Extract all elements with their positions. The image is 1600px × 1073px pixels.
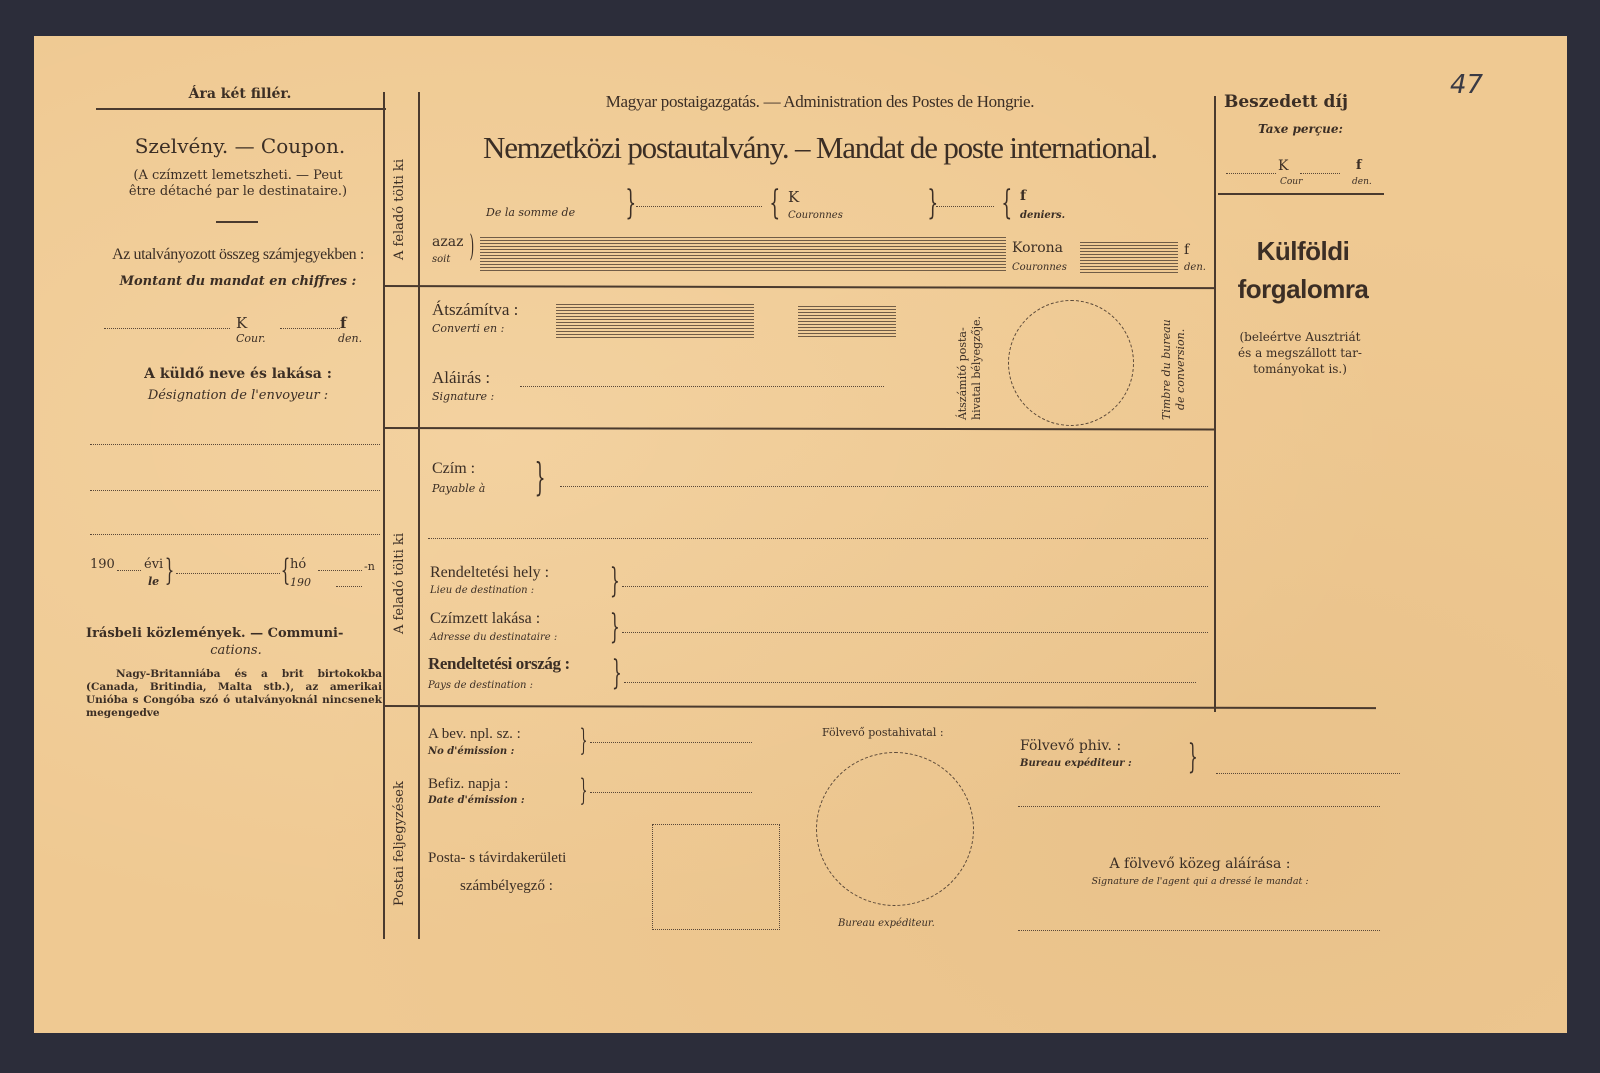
coupon-k-field[interactable] (104, 328, 230, 329)
date-brace-right: { (281, 556, 291, 586)
communications-title-text: Irásbeli közlemények. — Communi- (86, 626, 343, 641)
fee-f: f (1356, 158, 1362, 173)
converted-f-field[interactable] (798, 306, 896, 338)
office-stamp-circle[interactable] (816, 752, 974, 906)
amount-deniers: deniers. (1020, 210, 1065, 221)
address-brace: } (535, 458, 546, 496)
administration-header: Magyar postaigazgatás. — Administration … (430, 92, 1210, 112)
amount-f-field[interactable] (936, 206, 994, 207)
amount-f2: f (1184, 242, 1189, 258)
side-label-divider (418, 92, 420, 939)
foreign-label-2: forgalomra (1216, 274, 1390, 305)
azaz-brace: ) (470, 232, 475, 262)
amount-words-f-field[interactable] (1080, 242, 1178, 274)
k-close-brace: } (927, 186, 938, 220)
office-line-2[interactable] (1018, 806, 1380, 807)
country-label: Rendeltetési ország : (428, 654, 570, 674)
date-brace-left: } (165, 556, 175, 586)
district-stamp-box[interactable] (652, 824, 780, 930)
sender-line-2[interactable] (90, 490, 380, 491)
date-day-field[interactable] (318, 570, 362, 571)
date-ho: hó (290, 557, 306, 572)
pay-date-label: Befiz. napja : (428, 776, 508, 793)
date-year2-field[interactable] (336, 586, 362, 587)
office-label: Fölvevő postahivatal : (822, 726, 944, 739)
pay-date-brace: } (580, 776, 588, 806)
amount-den: den. (1184, 262, 1206, 273)
date-evi: évi (144, 557, 163, 572)
converted-label-fr: Converti en : (432, 322, 504, 335)
fee-f-sub: den. (1352, 177, 1372, 187)
coupon-top-rule (96, 108, 386, 110)
date-190: 190 (290, 576, 311, 589)
soit-label: soit (432, 254, 450, 265)
price-label: Ára két fillér. (96, 86, 384, 102)
foreign-label-1: Külföldi (1216, 236, 1390, 267)
sender-line-1[interactable] (90, 444, 380, 445)
pay-date-field[interactable] (590, 792, 752, 793)
korona-label: Korona (1012, 240, 1063, 256)
communications-title-2: cations. (86, 643, 386, 658)
fee-title: Beszedett díj (1224, 92, 1348, 112)
office-label-fr: Bureau expéditeur. (838, 918, 935, 929)
fee-k-field[interactable] (1226, 173, 1276, 174)
side-label-sender-2: A feladó tölti ki (392, 533, 407, 634)
signature-label: Aláirás : (432, 368, 490, 388)
stamp-label-fr-1: Timbre du bureau (1160, 319, 1173, 420)
issue-no-field[interactable] (590, 742, 752, 743)
payee-address-label-fr: Adresse du destinataire : (430, 632, 557, 643)
date-year-prefix: 190 (90, 557, 115, 572)
issue-no-label-fr: No d'émission : (428, 746, 514, 757)
k-brace: { (769, 186, 780, 220)
amount-k-field[interactable] (636, 206, 762, 207)
address-line-1[interactable] (560, 486, 1208, 487)
sender-heading: A küldő neve és lakása : (96, 366, 380, 382)
agent-signature-label-fr: Signature de l'agent qui a dressé le man… (1020, 876, 1380, 887)
amount-f: f (1020, 188, 1026, 204)
converted-amount-field[interactable] (556, 304, 754, 338)
destination-field[interactable] (622, 586, 1208, 587)
stamp-label-fr-2: de conversion. (1174, 329, 1187, 410)
sender-heading-fr: Désignation de l'envoyeur : (96, 388, 380, 403)
stamp-label-hu-1: Átszámító posta- (956, 327, 969, 420)
stamp-label-hu-2: hivatal bélyegzője. (970, 316, 983, 420)
communications-title: Irásbeli közlemények. — Communi- (86, 626, 386, 641)
fee-k-sub: Cour (1280, 177, 1302, 187)
office-short-label: Fölvevő phiv. : (1020, 738, 1121, 754)
date-year-field[interactable] (117, 570, 141, 571)
side-label-sender-1: A feladó tölti ki (392, 159, 407, 260)
payee-address-label: Czímzett lakása : (430, 610, 540, 628)
amount-heading: Az utalványozott összeg számjegyekben : (96, 246, 380, 264)
address-label: Czím : (432, 460, 475, 478)
couronnes-label: Couronnes (1012, 262, 1067, 273)
foreign-note-1: (beleértve Ausztriát (1216, 330, 1384, 344)
payee-address-brace: } (610, 610, 620, 644)
f-brace: { (1001, 186, 1012, 220)
foreign-note-3: tományokat is.) (1216, 362, 1384, 376)
detach-note-1: (A czímzett lemetszheti. — Peut (88, 168, 388, 183)
amount-couronnes: Couronnes (788, 210, 843, 221)
azaz-label: azaz (432, 234, 463, 250)
address-line-2[interactable] (428, 538, 1208, 539)
date-n: -n (364, 560, 375, 573)
coupon-k: K (236, 314, 247, 332)
coupon-k-sub: Cour. (236, 332, 266, 345)
signature-field[interactable] (520, 386, 884, 387)
conversion-stamp-circle[interactable] (1008, 300, 1134, 426)
issue-no-label: A bev. npl. sz. : (428, 726, 521, 743)
agent-signature-field[interactable] (1018, 930, 1380, 931)
fee-rule (1218, 193, 1384, 195)
district-stamp-label-2: számbélyegző : (460, 878, 553, 895)
restriction-note: Nagy-Britanniába és a brit birtokokba (C… (86, 668, 382, 720)
form-title: Nemzetközi postautalvány. – Mandat de po… (430, 130, 1210, 166)
coupon-divider (383, 92, 385, 939)
country-brace: } (612, 656, 622, 690)
converted-label: Átszámítva : (432, 300, 518, 320)
coupon-f-field[interactable] (280, 328, 340, 329)
date-le: le (148, 575, 159, 588)
detach-note-2: être détaché par le destinataire.) (88, 184, 388, 199)
coupon-short-rule (216, 221, 258, 223)
foreign-note-2: és a megszállott tar- (1216, 346, 1384, 360)
coupon-f-sub: den. (338, 332, 362, 345)
amount-k: K (788, 188, 799, 206)
issue-no-brace: } (580, 726, 588, 756)
side-label-postal: Postai feljegyzések (392, 781, 407, 906)
main-right-divider (1214, 96, 1216, 712)
country-field[interactable] (624, 682, 1196, 683)
destination-label: Rendeltetési hely : (430, 564, 549, 582)
somme-label: De la somme de (486, 206, 575, 219)
office-short-label-fr: Bureau expéditeur : (1020, 758, 1132, 769)
country-label-fr: Pays de destination : (428, 680, 533, 691)
fee-title-fr: Taxe perçue: (1258, 122, 1343, 136)
sender-line-3[interactable] (90, 534, 380, 535)
date-month-field[interactable] (176, 573, 280, 574)
somme-brace: } (625, 186, 636, 220)
coupon-f: f (340, 314, 346, 332)
fee-k: K (1278, 158, 1288, 174)
office-short-field[interactable] (1216, 773, 1400, 774)
payee-address-field[interactable] (622, 632, 1208, 633)
address-label-fr: Payable à (432, 482, 485, 495)
amount-words-field[interactable] (480, 237, 1006, 273)
pay-date-label-fr: Date d'émission : (428, 795, 525, 806)
office-short-brace: } (1188, 740, 1198, 774)
handwritten-number: 47 (1450, 70, 1483, 100)
destination-label-fr: Lieu de destination : (430, 585, 534, 596)
district-stamp-label-1: Posta- s távirdakerületi (428, 850, 566, 867)
amount-heading-fr: Montant du mandat en chiffres : (96, 274, 380, 289)
coupon-title: Szelvény. — Coupon. (90, 134, 390, 158)
destination-brace: } (610, 564, 620, 598)
agent-signature-label: A fölvevő közeg aláírása : (1020, 856, 1380, 872)
fee-f-field[interactable] (1300, 173, 1340, 174)
signature-label-fr: Signature : (432, 390, 494, 403)
